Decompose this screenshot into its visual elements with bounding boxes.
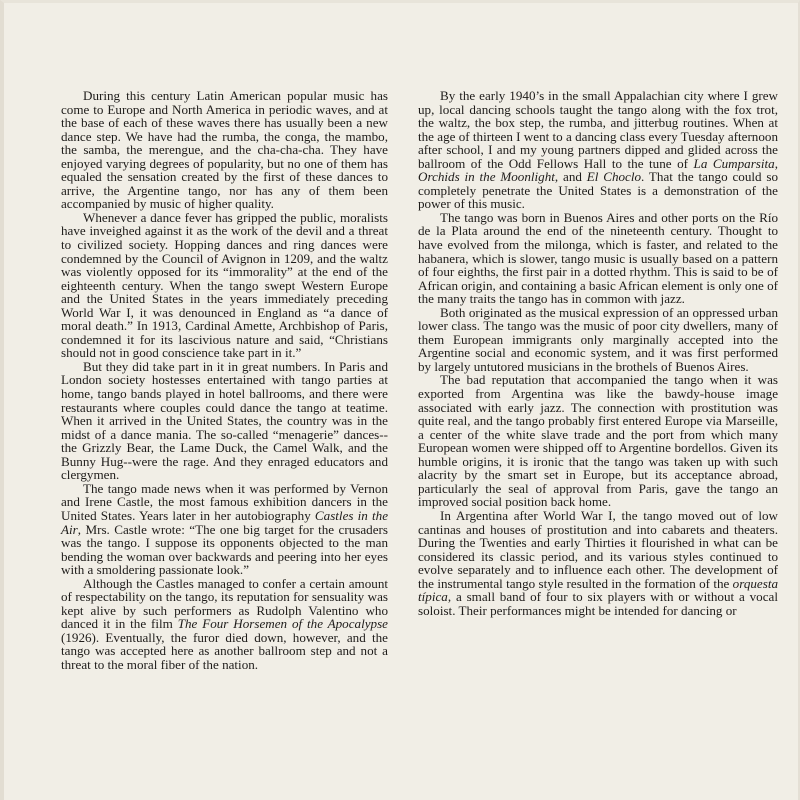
paragraph-text: The tango was born in Buenos Aires and o… bbox=[418, 210, 778, 306]
paragraph: In Argentina after World War I, the tang… bbox=[418, 509, 778, 617]
paragraph-text: But they did take part in it in great nu… bbox=[61, 359, 388, 482]
paragraph: The bad reputation that accompanied the … bbox=[418, 373, 778, 508]
paragraph-text: (1926). Eventually, the furor died down,… bbox=[61, 630, 388, 672]
paragraph-text: During this century Latin American popul… bbox=[61, 88, 388, 211]
paragraph-text: The bad reputation that accompanied the … bbox=[418, 372, 778, 509]
right-column: By the early 1940’s in the small Appalac… bbox=[418, 89, 778, 617]
paragraph-text: In Argentina after World War I, the tang… bbox=[418, 508, 778, 591]
booklet-page: During this century Latin American popul… bbox=[0, 0, 800, 800]
paragraph: Whenever a dance fever has gripped the p… bbox=[61, 211, 388, 360]
paragraph: By the early 1940’s in the small Appalac… bbox=[418, 89, 778, 211]
left-column: During this century Latin American popul… bbox=[61, 89, 388, 672]
paragraph: But they did take part in it in great nu… bbox=[61, 360, 388, 482]
paragraph: Although the Castles managed to confer a… bbox=[61, 577, 388, 672]
paragraph: Both originated as the musical expressio… bbox=[418, 306, 778, 374]
paragraph-text: , a small band of four to six players wi… bbox=[418, 589, 778, 618]
paragraph: The tango made news when it was performe… bbox=[61, 482, 388, 577]
paragraph-text: Both originated as the musical expressio… bbox=[418, 305, 778, 374]
paragraph-text: , Mrs. Castle wrote: “The one big target… bbox=[61, 522, 388, 578]
paragraph: The tango was born in Buenos Aires and o… bbox=[418, 211, 778, 306]
paragraph: During this century Latin American popul… bbox=[61, 89, 388, 211]
paragraph-text: Whenever a dance fever has gripped the p… bbox=[61, 210, 388, 360]
